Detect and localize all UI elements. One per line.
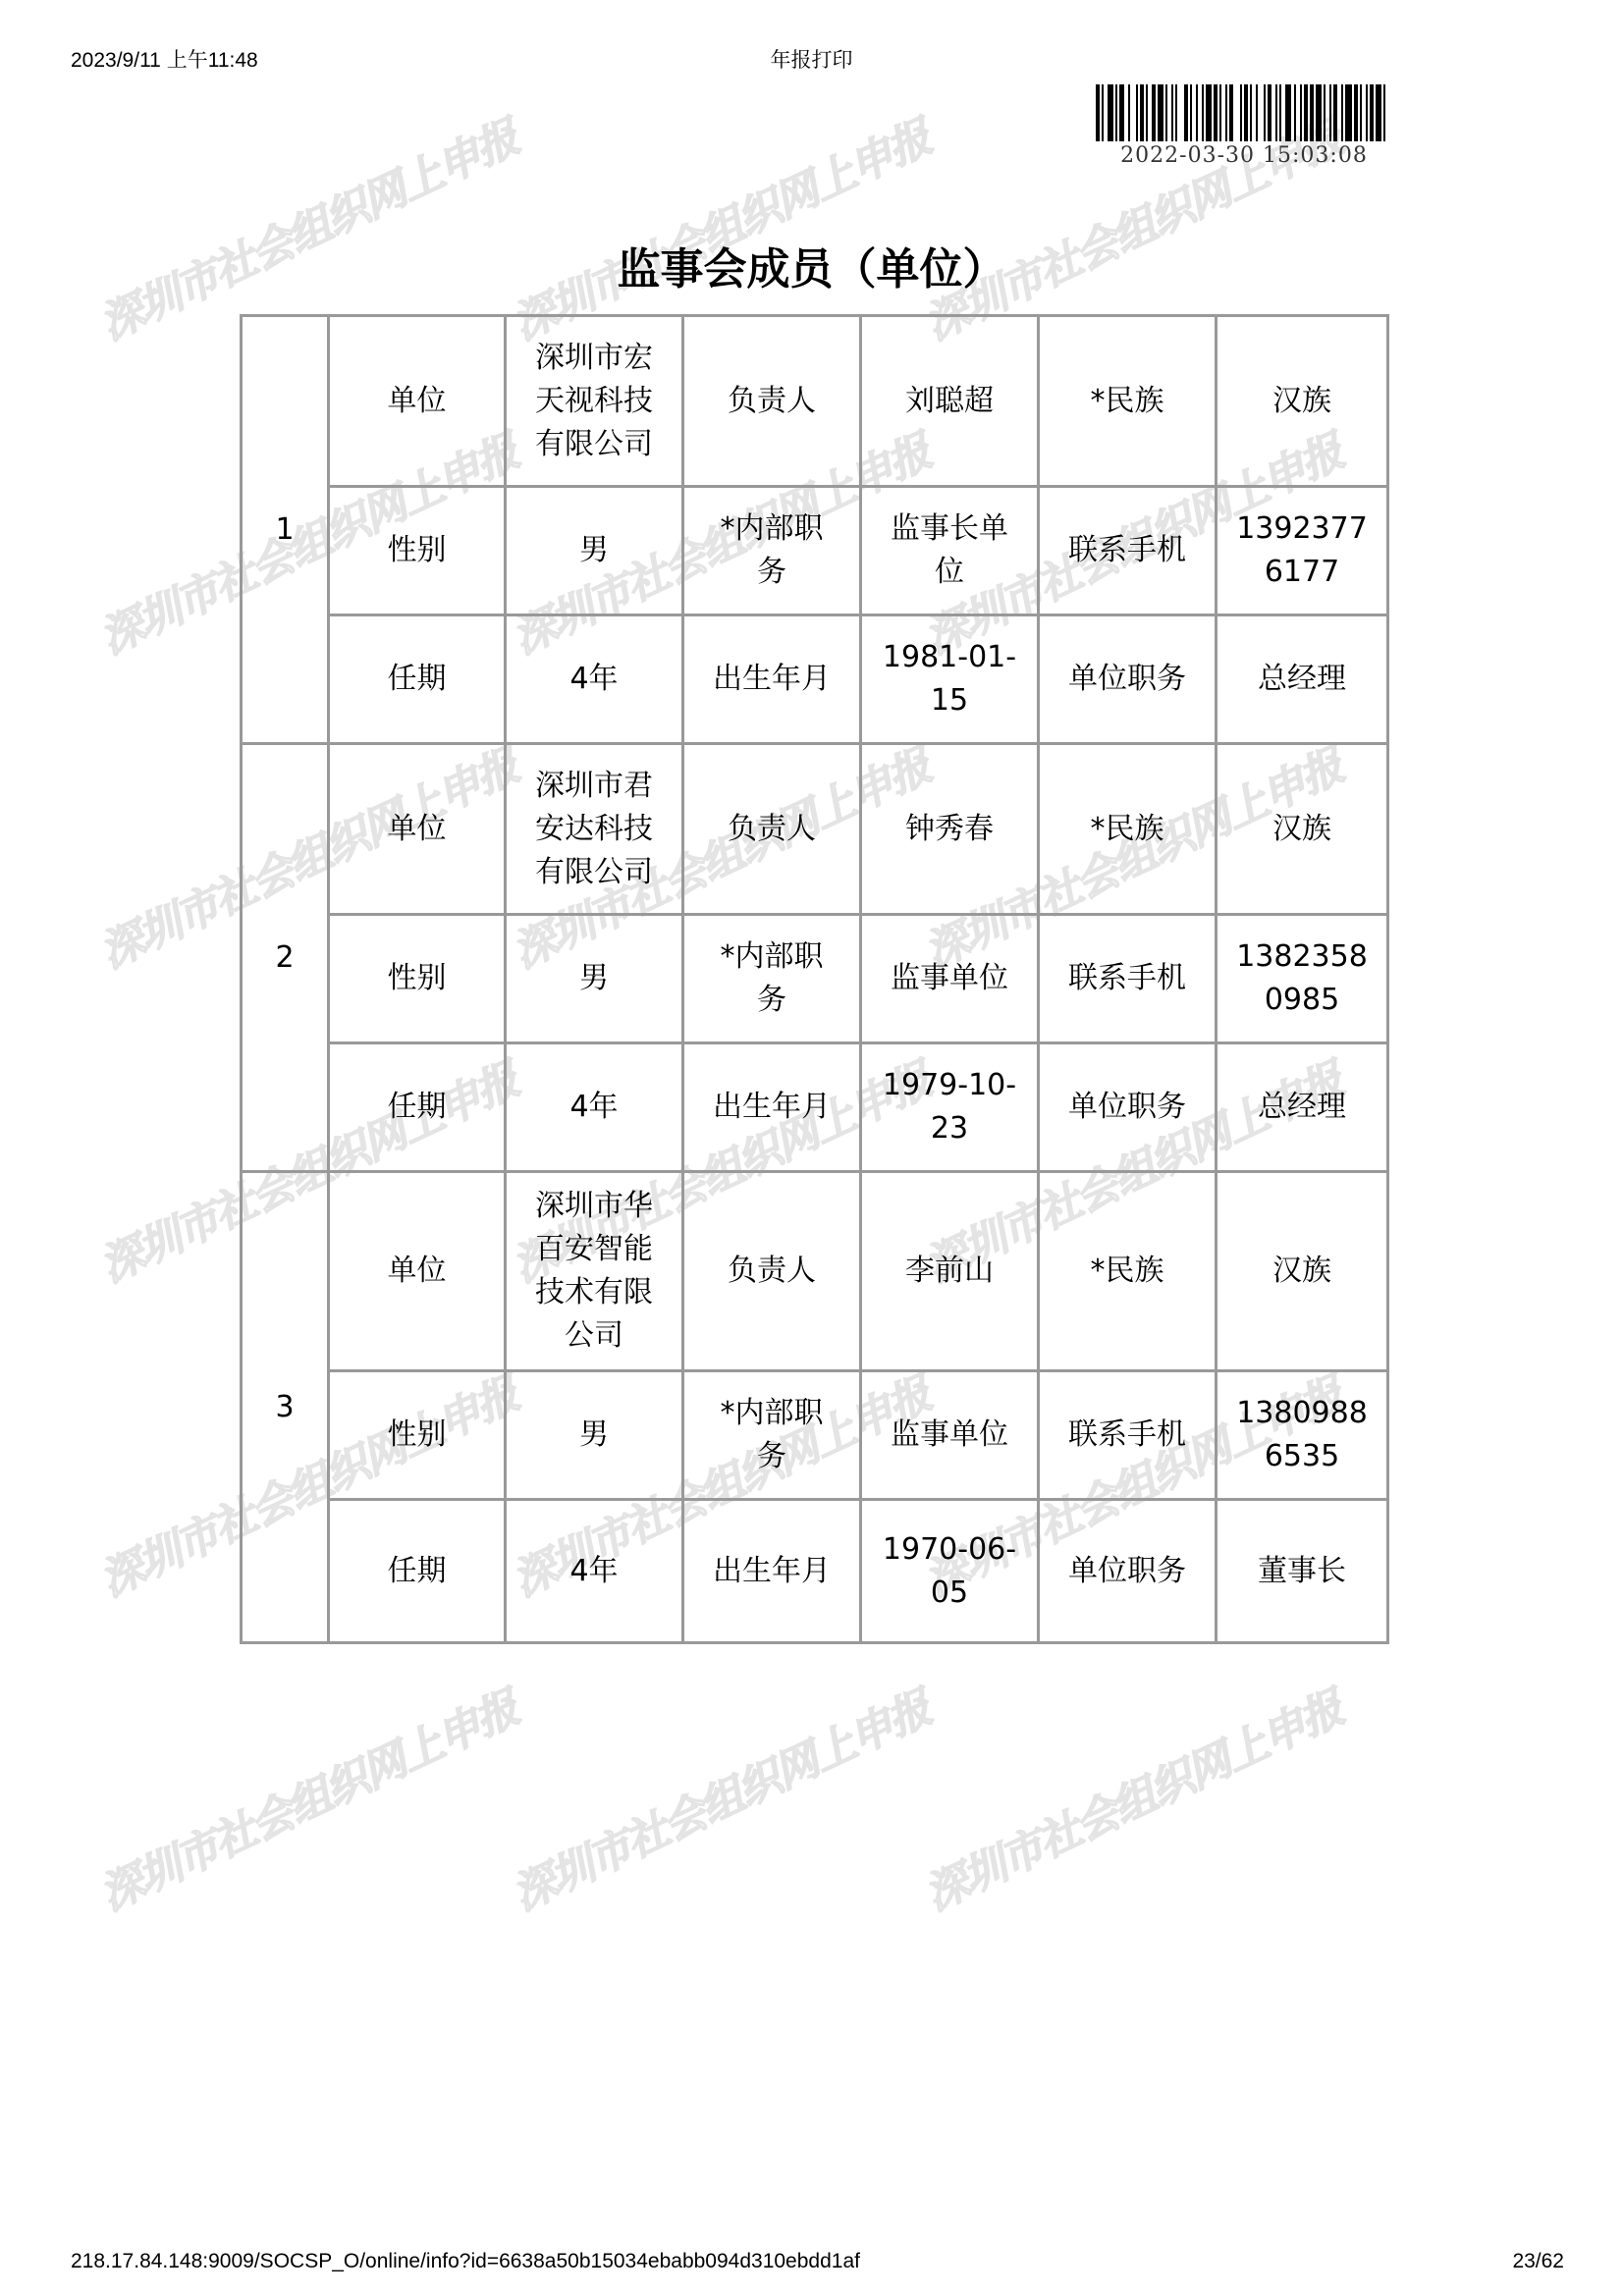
member-contact-phone: 13923776177 bbox=[1217, 487, 1388, 615]
label-responsible-person: 负责人 bbox=[683, 1172, 861, 1371]
member-internal-position: 监事长单位 bbox=[861, 487, 1039, 615]
label-term: 任期 bbox=[329, 1500, 506, 1643]
label-internal-position: *内部职务 bbox=[683, 1371, 861, 1500]
watermark-text: 深圳市社会组织网上申报 bbox=[501, 1674, 939, 1922]
table-row: 任期 4年 出生年月 1979-10-23 单位职务 总经理 bbox=[242, 1043, 1388, 1172]
label-unit: 单位 bbox=[329, 316, 506, 487]
member-birth-date: 1979-10-23 bbox=[861, 1043, 1039, 1172]
page-url: 218.17.84.148:9009/SOCSP_O/online/info?i… bbox=[71, 2250, 860, 2273]
member-birth-date: 1970-06-05 bbox=[861, 1500, 1039, 1643]
watermark-text: 深圳市社会组织网上申报 bbox=[913, 1674, 1351, 1922]
member-birth-date: 1981-01-15 bbox=[861, 615, 1039, 744]
label-unit-position: 单位职务 bbox=[1039, 1043, 1217, 1172]
barcode-block: 2022-03-30 15:03:08 bbox=[1092, 84, 1396, 168]
label-birth-date: 出生年月 bbox=[683, 615, 861, 744]
member-unit-position: 总经理 bbox=[1217, 615, 1388, 744]
label-term: 任期 bbox=[329, 1043, 506, 1172]
document-title: 监事会成员（单位） bbox=[0, 234, 1623, 296]
label-ethnicity: *民族 bbox=[1039, 316, 1217, 487]
label-responsible-person: 负责人 bbox=[683, 316, 861, 487]
page-number: 23/62 bbox=[1512, 2250, 1564, 2273]
member-term: 4年 bbox=[506, 615, 683, 744]
label-birth-date: 出生年月 bbox=[683, 1043, 861, 1172]
member-internal-position: 监事单位 bbox=[861, 915, 1039, 1043]
table-row: 3 单位 深圳市华百安智能技术有限公司 负责人 李前山 *民族 汉族 bbox=[242, 1172, 1388, 1371]
member-contact-phone: 13823580985 bbox=[1217, 915, 1388, 1043]
table-row: 任期 4年 出生年月 1981-01-15 单位职务 总经理 bbox=[242, 615, 1388, 744]
table-row: 任期 4年 出生年月 1970-06-05 单位职务 董事长 bbox=[242, 1500, 1388, 1643]
table-row: 2 单位 深圳市君安达科技有限公司 负责人 钟秀春 *民族 汉族 bbox=[242, 744, 1388, 915]
member-responsible-person: 刘聪超 bbox=[861, 316, 1039, 487]
member-responsible-person: 李前山 bbox=[861, 1172, 1039, 1371]
label-ethnicity: *民族 bbox=[1039, 744, 1217, 915]
member-ethnicity: 汉族 bbox=[1217, 1172, 1388, 1371]
label-term: 任期 bbox=[329, 615, 506, 744]
label-ethnicity: *民族 bbox=[1039, 1172, 1217, 1371]
label-gender: 性别 bbox=[329, 487, 506, 615]
member-unit-position: 董事长 bbox=[1217, 1500, 1388, 1643]
member-gender: 男 bbox=[506, 1371, 683, 1500]
member-gender: 男 bbox=[506, 915, 683, 1043]
label-unit: 单位 bbox=[329, 744, 506, 915]
label-contact-phone: 联系手机 bbox=[1039, 1371, 1217, 1500]
label-birth-date: 出生年月 bbox=[683, 1500, 861, 1643]
member-unit: 深圳市华百安智能技术有限公司 bbox=[506, 1172, 683, 1371]
table-row: 性别 男 *内部职务 监事长单位 联系手机 13923776177 bbox=[242, 487, 1388, 615]
member-index: 3 bbox=[242, 1172, 329, 1643]
barcode-timestamp: 2022-03-30 15:03:08 bbox=[1092, 143, 1396, 168]
table-row: 性别 男 *内部职务 监事单位 联系手机 13809886535 bbox=[242, 1371, 1388, 1500]
label-contact-phone: 联系手机 bbox=[1039, 487, 1217, 615]
print-page-title: 年报打印 bbox=[0, 44, 1623, 74]
member-term: 4年 bbox=[506, 1043, 683, 1172]
member-ethnicity: 汉族 bbox=[1217, 744, 1388, 915]
label-internal-position: *内部职务 bbox=[683, 915, 861, 1043]
label-contact-phone: 联系手机 bbox=[1039, 915, 1217, 1043]
member-unit: 深圳市君安达科技有限公司 bbox=[506, 744, 683, 915]
member-unit: 深圳市宏天视科技有限公司 bbox=[506, 316, 683, 487]
barcode-icon bbox=[1096, 84, 1390, 141]
label-unit-position: 单位职务 bbox=[1039, 1500, 1217, 1643]
member-gender: 男 bbox=[506, 487, 683, 615]
watermark-text: 深圳市社会组织网上申报 bbox=[88, 1674, 526, 1922]
member-index: 1 bbox=[242, 316, 329, 744]
member-contact-phone: 13809886535 bbox=[1217, 1371, 1388, 1500]
label-responsible-person: 负责人 bbox=[683, 744, 861, 915]
table-row: 性别 男 *内部职务 监事单位 联系手机 13823580985 bbox=[242, 915, 1388, 1043]
member-responsible-person: 钟秀春 bbox=[861, 744, 1039, 915]
label-gender: 性别 bbox=[329, 915, 506, 1043]
table-row: 1 单位 深圳市宏天视科技有限公司 负责人 刘聪超 *民族 汉族 bbox=[242, 316, 1388, 487]
supervisory-board-table: 1 单位 深圳市宏天视科技有限公司 负责人 刘聪超 *民族 汉族 性别 男 *内… bbox=[240, 314, 1389, 1644]
member-index: 2 bbox=[242, 744, 329, 1172]
member-unit-position: 总经理 bbox=[1217, 1043, 1388, 1172]
label-unit-position: 单位职务 bbox=[1039, 615, 1217, 744]
member-ethnicity: 汉族 bbox=[1217, 316, 1388, 487]
label-unit: 单位 bbox=[329, 1172, 506, 1371]
member-term: 4年 bbox=[506, 1500, 683, 1643]
label-gender: 性别 bbox=[329, 1371, 506, 1500]
label-internal-position: *内部职务 bbox=[683, 487, 861, 615]
member-internal-position: 监事单位 bbox=[861, 1371, 1039, 1500]
